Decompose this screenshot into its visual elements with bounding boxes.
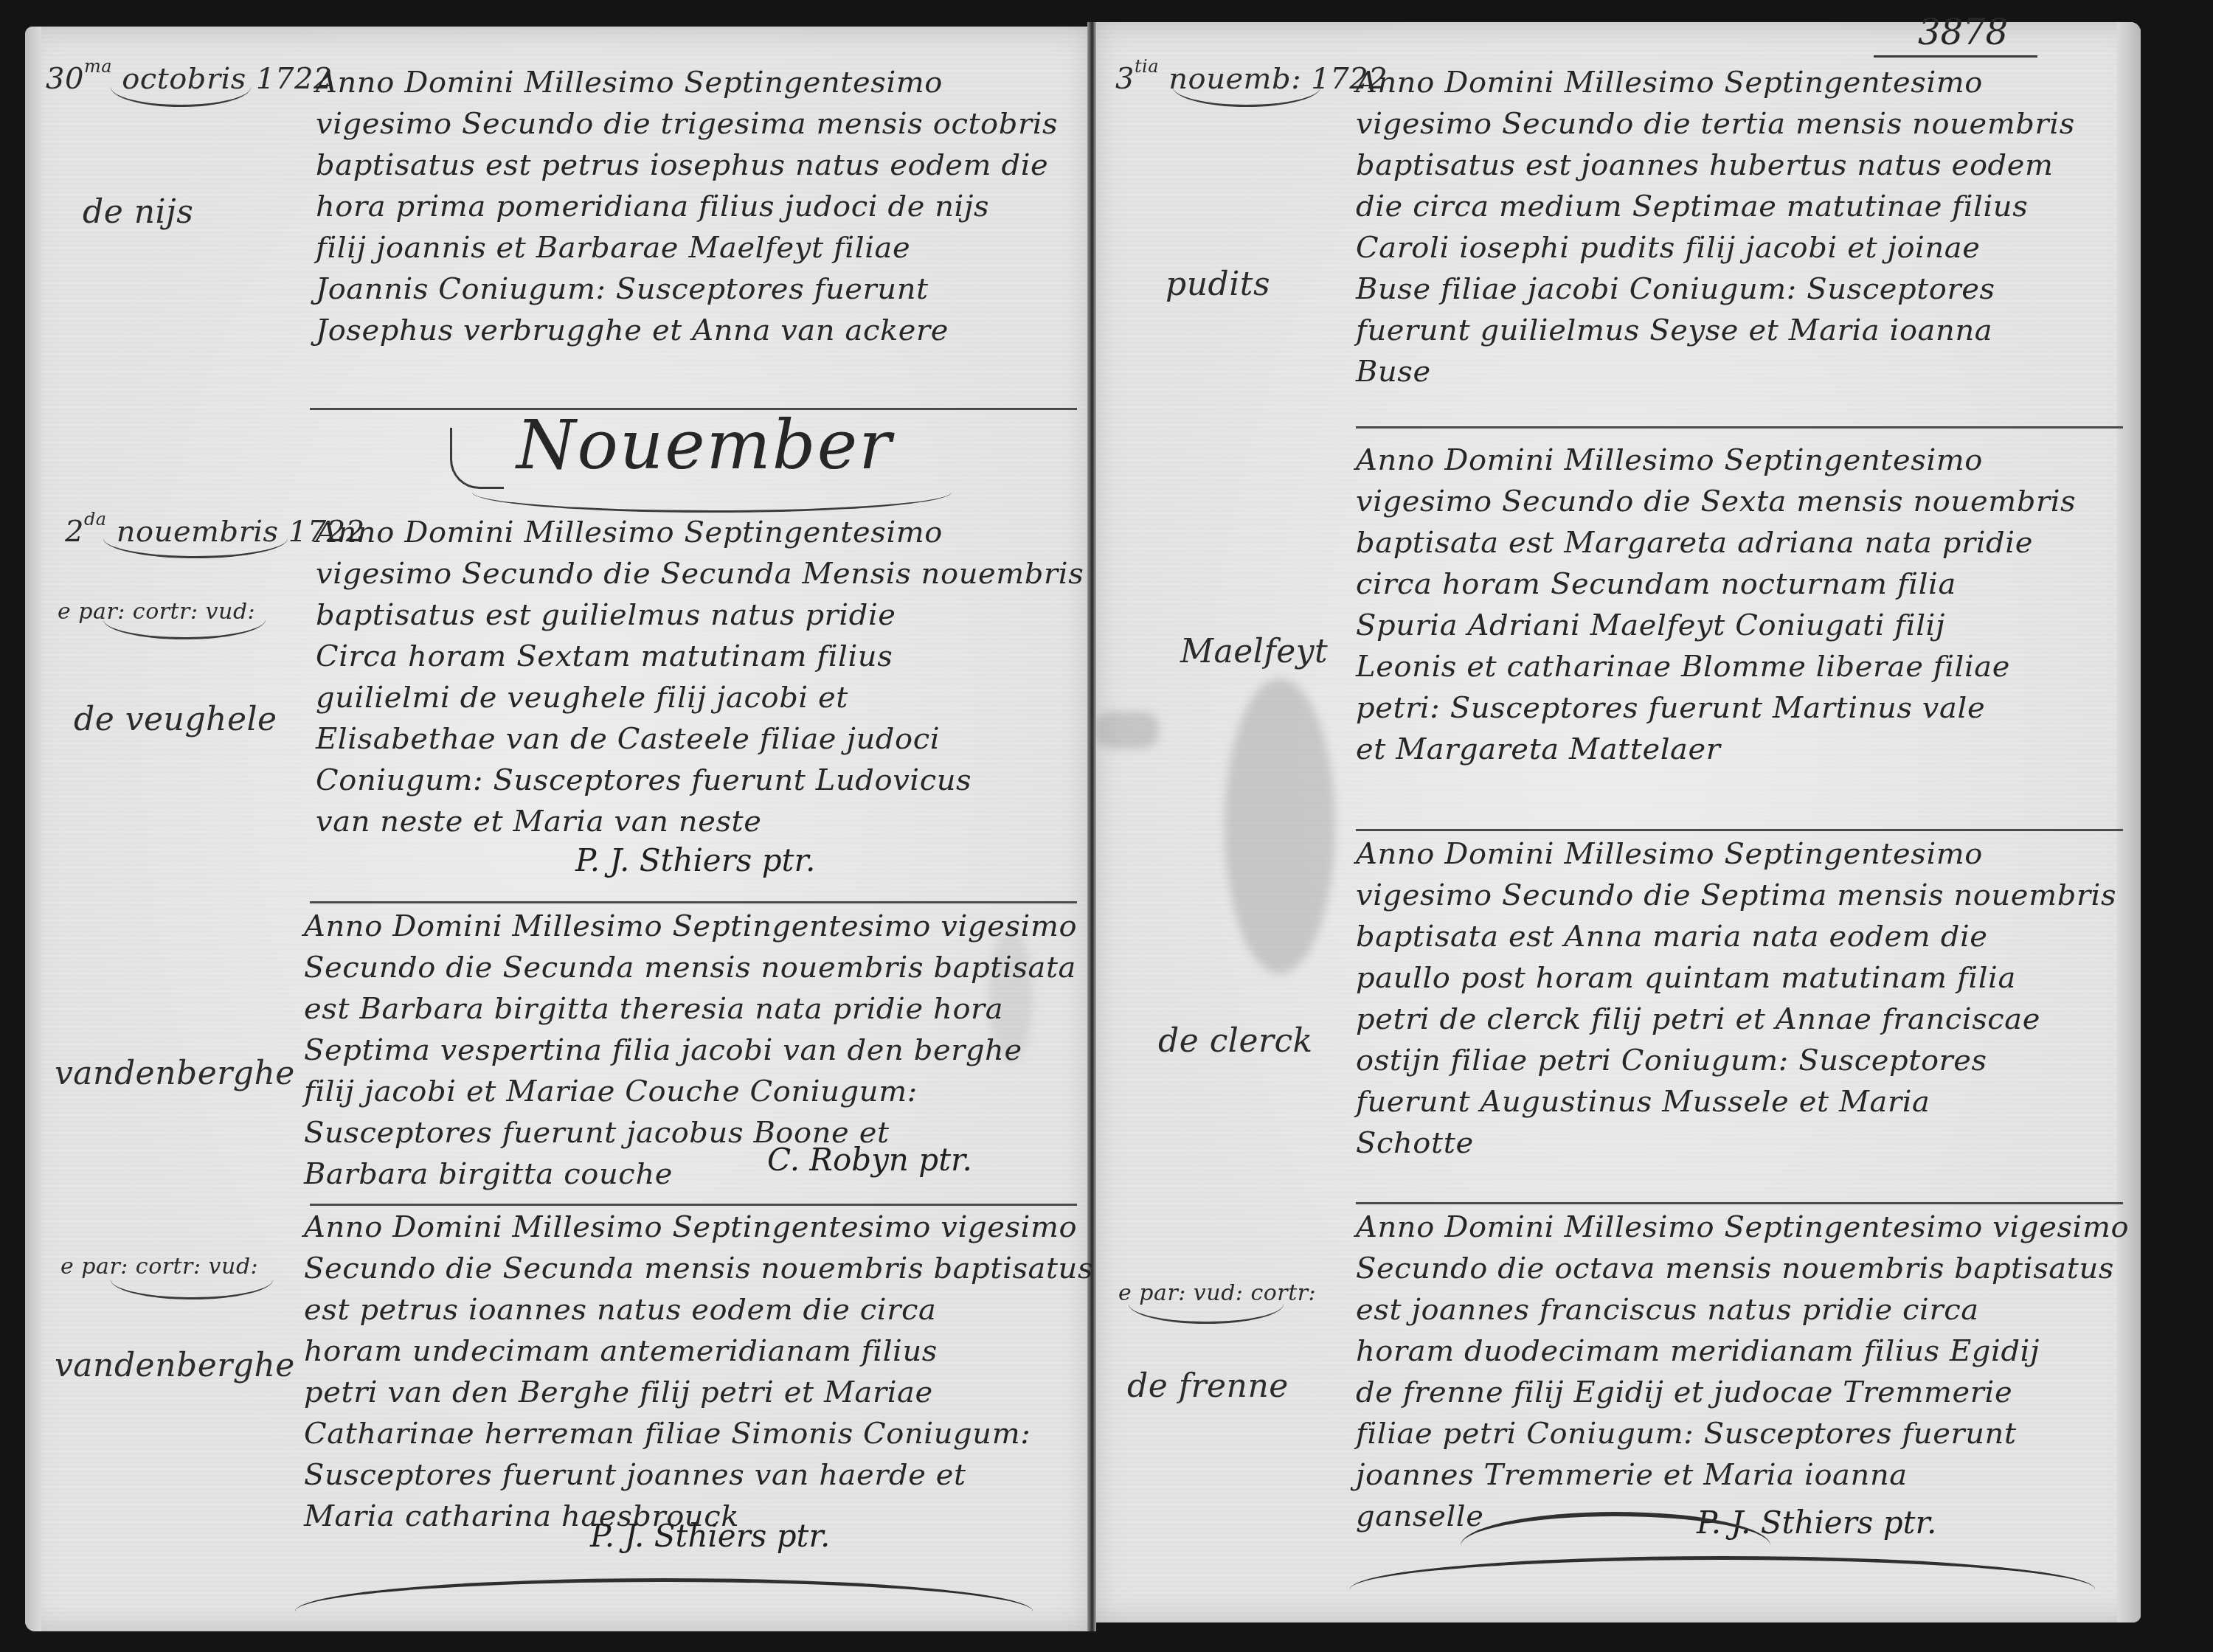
entry-rule xyxy=(310,901,1077,903)
entry-line: Schotte xyxy=(1356,1122,2116,1164)
entry-line: baptisatus est joannes hubertus natus eo… xyxy=(1356,145,2075,186)
entry-line: Anno Domini Millesimo Septingentesimo xyxy=(1356,440,2076,481)
entry-rule xyxy=(1356,426,2123,428)
baptism-entry: Anno Domini Millesimo Septingentesimo vi… xyxy=(304,1207,1093,1537)
priest-signature: P. J. Sthiers ptr. xyxy=(575,842,815,878)
entry-line: filij jacobi et Mariae Couche Coniugum: xyxy=(304,1071,1077,1112)
margin-note: e par: vud: cortr: xyxy=(1118,1280,1316,1306)
entry-line: filiae petri Coniugum: Susceptores fueru… xyxy=(1356,1413,2129,1454)
entry-line: est petrus ioannes natus eodem die circa xyxy=(304,1289,1093,1330)
entry-line: die circa medium Septimae matutinae fili… xyxy=(1356,186,2075,227)
entry-line: Anno Domini Millesimo Septingentesimo xyxy=(1356,833,2116,875)
entry-line: Joannis Coniugum: Susceptores fuerunt xyxy=(316,268,1058,310)
entry-line: petri: Susceptores fuerunt Martinus vale xyxy=(1356,687,2076,729)
entry-line: Anno Domini Millesimo Septingentesimo xyxy=(316,62,1058,103)
baptism-entry: Anno Domini Millesimo Septingentesimo vi… xyxy=(316,512,1084,842)
entry-line: horam undecimam antemeridianam filius xyxy=(304,1330,1093,1372)
entry-line: fuerunt Augustinus Mussele et Maria xyxy=(1356,1081,2116,1122)
entry-line: Buse xyxy=(1356,351,2075,392)
entry-line: petri de clerck filij petri et Annae fra… xyxy=(1356,999,2116,1040)
entry-line: Anno Domini Millesimo Septingentesimo vi… xyxy=(1356,1207,2129,1248)
entry-line: baptisata est Anna maria nata eodem die xyxy=(1356,916,2116,957)
entry-line: Catharinae herreman filiae Simonis Coniu… xyxy=(304,1413,1093,1454)
baptism-entry: Anno Domini Millesimo Septingentesimo vi… xyxy=(1356,833,2116,1164)
entry-line: paullo post horam quintam matutinam fili… xyxy=(1356,957,2116,999)
ink-blot xyxy=(1095,712,1158,749)
entry-line: filij joannis et Barbarae Maelfeyt filia… xyxy=(316,227,1058,268)
margin-surname: vandenberghe xyxy=(55,1055,295,1092)
entry-line: Leonis et catharinae Blomme liberae fili… xyxy=(1356,646,2076,687)
baptism-entry: Anno Domini Millesimo Septingentesimo vi… xyxy=(1356,440,2076,770)
entry-line: vigesimo Secundo die Septima mensis noue… xyxy=(1356,875,2116,916)
entry-rule xyxy=(1356,829,2123,831)
entry-line: Josephus verbrugghe et Anna van ackere xyxy=(316,310,1058,351)
page-number: 3878 xyxy=(1918,12,2008,53)
entry-line: Caroli iosephi pudits filij jacobi et jo… xyxy=(1356,227,2075,268)
entry-rule xyxy=(310,1204,1077,1206)
margin-surname: de frenne xyxy=(1127,1367,1289,1405)
entry-line: Anno Domini Millesimo Septingentesimo vi… xyxy=(304,906,1077,947)
baptism-entry: Anno Domini Millesimo Septingentesimo vi… xyxy=(316,62,1058,351)
baptism-entry: Anno Domini Millesimo Septingentesimo vi… xyxy=(1356,62,2075,392)
entry-line: Elisabethae van de Casteele filiae judoc… xyxy=(316,718,1084,760)
entry-line: baptisatus est petrus iosephus natus eod… xyxy=(316,145,1058,186)
margin-note: e par: cortr: vud: xyxy=(60,1254,258,1280)
entry-line: Septima vespertina filia jacobi van den … xyxy=(304,1030,1077,1071)
entry-line: est Barbara birgitta theresia nata pridi… xyxy=(304,988,1077,1030)
entry-line: horam duodecimam meridianam filius Egidi… xyxy=(1356,1330,2129,1372)
entry-line: Spuria Adriani Maelfeyt Coniugati filij xyxy=(1356,605,2076,646)
entry-line: fuerunt guilielmus Seyse et Maria ioanna xyxy=(1356,310,2075,351)
entry-line: ostijn filiae petri Coniugum: Susceptore… xyxy=(1356,1040,2116,1081)
entry-line: petri van den Berghe filij petri et Mari… xyxy=(304,1372,1093,1413)
entry-line: Susceptores fuerunt joannes van haerde e… xyxy=(304,1454,1093,1496)
entry-line: et Margareta Mattelaer xyxy=(1356,729,2076,770)
margin-surname: Maelfeyt xyxy=(1180,633,1328,670)
entry-rule xyxy=(1356,1202,2123,1204)
entry-line: guilielmi de veughele filij jacobi et xyxy=(316,677,1084,718)
entry-line: baptisatus est guilielmus natus pridie xyxy=(316,594,1084,636)
entry-line: vigesimo Secundo die trigesima mensis oc… xyxy=(316,103,1058,145)
entry-line: Coniugum: Susceptores fuerunt Ludovicus xyxy=(316,760,1084,801)
entry-line: Anno Domini Millesimo Septingentesimo vi… xyxy=(304,1207,1093,1248)
entry-line: vigesimo Secundo die Sexta mensis nouemb… xyxy=(1356,481,2076,522)
month-heading: Nouember xyxy=(516,406,893,485)
margin-surname: pudits xyxy=(1166,265,1270,303)
entry-line: Anno Domini Millesimo Septingentesimo xyxy=(1356,62,2075,103)
margin-surname: de clerck xyxy=(1158,1022,1313,1060)
priest-signature: C. Robyn ptr. xyxy=(767,1142,972,1178)
entry-line: circa horam Secundam nocturnam filia xyxy=(1356,563,2076,605)
entry-line: de frenne filij Egidij et judocae Tremme… xyxy=(1356,1372,2129,1413)
entry-line: Secundo die Secunda mensis nouembris bap… xyxy=(304,947,1077,988)
entry-line: vigesimo Secundo die Secunda Mensis noue… xyxy=(316,553,1084,594)
left-page-edge xyxy=(25,27,41,1631)
margin-surname: vandenberghe xyxy=(55,1347,295,1384)
entry-line: est joannes franciscus natus pridie circ… xyxy=(1356,1289,2129,1330)
entry-line: joannes Tremmerie et Maria ioanna xyxy=(1356,1454,2129,1496)
entry-line: hora prima pomeridiana filius judoci de … xyxy=(316,186,1058,227)
margin-surname: de veughele xyxy=(74,701,277,738)
water-stain xyxy=(1225,678,1335,974)
entry-line: van neste et Maria van neste xyxy=(316,801,1084,842)
entry-line: baptisata est Margareta adriana nata pri… xyxy=(1356,522,2076,563)
entry-line: Buse filiae jacobi Coniugum: Susceptores xyxy=(1356,268,2075,310)
priest-signature: P. J. Sthiers ptr. xyxy=(590,1518,830,1554)
entry-line: vigesimo Secundo die tertia mensis nouem… xyxy=(1356,103,2075,145)
entry-line: Circa horam Sextam matutinam filius xyxy=(316,636,1084,677)
entry-line: Secundo die octava mensis nouembris bapt… xyxy=(1356,1248,2129,1289)
entry-line: Anno Domini Millesimo Septingentesimo xyxy=(316,512,1084,553)
entry-line: Secundo die Secunda mensis nouembris bap… xyxy=(304,1248,1093,1289)
margin-surname: de nijs xyxy=(83,193,193,231)
baptism-entry: Anno Domini Millesimo Septingentesimo vi… xyxy=(1356,1207,2129,1537)
